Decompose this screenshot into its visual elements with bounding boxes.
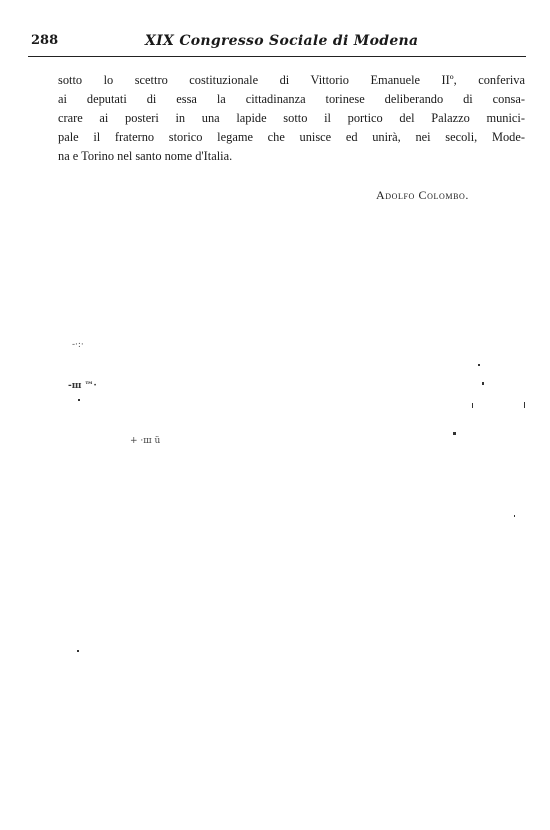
scan-noise: -·:·: [72, 340, 84, 350]
header-rule: [28, 56, 526, 57]
text-line: crare ai posteri in una lapide sotto il …: [58, 109, 525, 128]
author-signature: Adolfo Colombo.: [376, 188, 469, 203]
speck: [524, 402, 525, 408]
text-line: ai deputati di essa la cittadinanza tori…: [58, 90, 525, 109]
speck: [514, 515, 515, 517]
page-number: 288: [31, 33, 58, 48]
speck: [482, 382, 484, 385]
scan-noise: + ·ш ü: [130, 436, 160, 446]
running-head: XIX Congresso Sociale di Modena: [145, 33, 418, 49]
text-line: sotto lo scettro costituzionale di Vitto…: [58, 71, 525, 90]
text-line: na e Torino nel santo nome d'Italia.: [58, 147, 525, 166]
scan-noise: -ш ™·: [68, 381, 97, 391]
speck: [78, 399, 80, 401]
speck: [453, 432, 456, 435]
speck: [478, 364, 480, 366]
body-paragraph: sotto lo scettro costituzionale di Vitto…: [58, 71, 525, 166]
speck: [472, 403, 473, 408]
text-line: pale il fraterno storico legame che unis…: [58, 128, 525, 147]
speck: [77, 650, 79, 652]
